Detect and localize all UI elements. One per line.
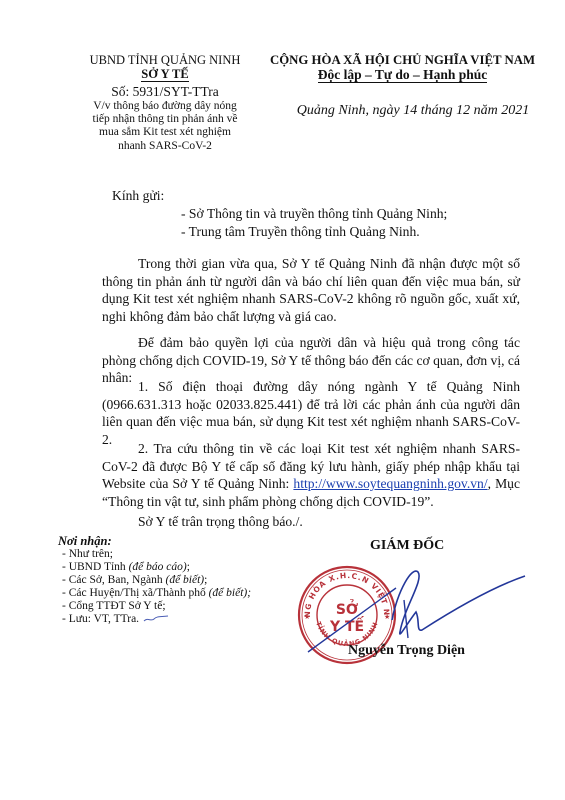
recipients-title: Nơi nhận: [58,534,251,548]
issuer-block: UBND TỈNH QUẢNG NINH SỞ Y TẾ Số: 5931/SY… [70,53,260,153]
recipient-item: - Các Sở, Ban, Ngành (để biết); [62,574,251,587]
subject-line: tiếp nhận thông tin phản ánh về [70,113,260,126]
signer-name: Nguyễn Trọng Diện [348,643,465,659]
recipient-item: - Cổng TTĐT Sở Y tế; [62,600,251,613]
place-date: Quảng Ninh, ngày 14 tháng 12 năm 2021 [268,103,558,119]
website-link[interactable]: http://www.soytequangninh.gov.vn/ [293,476,487,491]
addressee-label: Kính gửi: [112,187,164,205]
addressee-item: - Sở Thông tin và truyền thông tỉnh Quản… [181,205,447,223]
subject-line: mua sắm Kit test xét nghiệm [70,126,260,139]
recipient-item: - Các Huyện/Thị xã/Thành phố (để biết); [62,587,251,600]
subject-line: nhanh SARS-CoV-2 [70,140,260,153]
recipient-item: - Như trên; [62,548,251,561]
subject-line: V/v thông báo đường dây nóng [70,100,260,113]
body-item-2: 2. Tra cứu thông tin về các loại Kit tes… [102,440,520,510]
national-title: CỘNG HÒA XÃ HỘI CHỦ NGHĨA VIỆT NAM [255,53,550,67]
issuing-authority: UBND TỈNH QUẢNG NINH [70,53,260,67]
national-motto: Độc lập – Tự do – Hạnh phúc [255,67,550,83]
body-paragraph-1: Trong thời gian vừa qua, Sở Y tế Quảng N… [102,255,520,325]
signer-position: GIÁM ĐỐC [370,538,444,554]
recipient-item: - Lưu: VT, TTra. [62,613,251,626]
body-item-1: 1. Số điện thoại đường dây nóng ngành Y … [102,378,520,448]
department-name: SỞ Y TẾ [70,67,260,81]
recipients-block: Nơi nhận: - Như trên; - UBND Tỉnh (để bá… [58,534,251,626]
closing-line: Sở Y tế trân trọng thông báo./. [102,513,520,531]
national-header: CỘNG HÒA XÃ HỘI CHỦ NGHĨA VIỆT NAM Độc l… [255,53,550,83]
initial-mark-icon [142,614,170,624]
recipient-item: - UBND Tỉnh (để báo cáo); [62,561,251,574]
addressee-item: - Trung tâm Truyền thông tỉnh Quảng Ninh… [181,223,420,241]
document-number: Số: 5931/SYT-TTra [70,83,260,100]
